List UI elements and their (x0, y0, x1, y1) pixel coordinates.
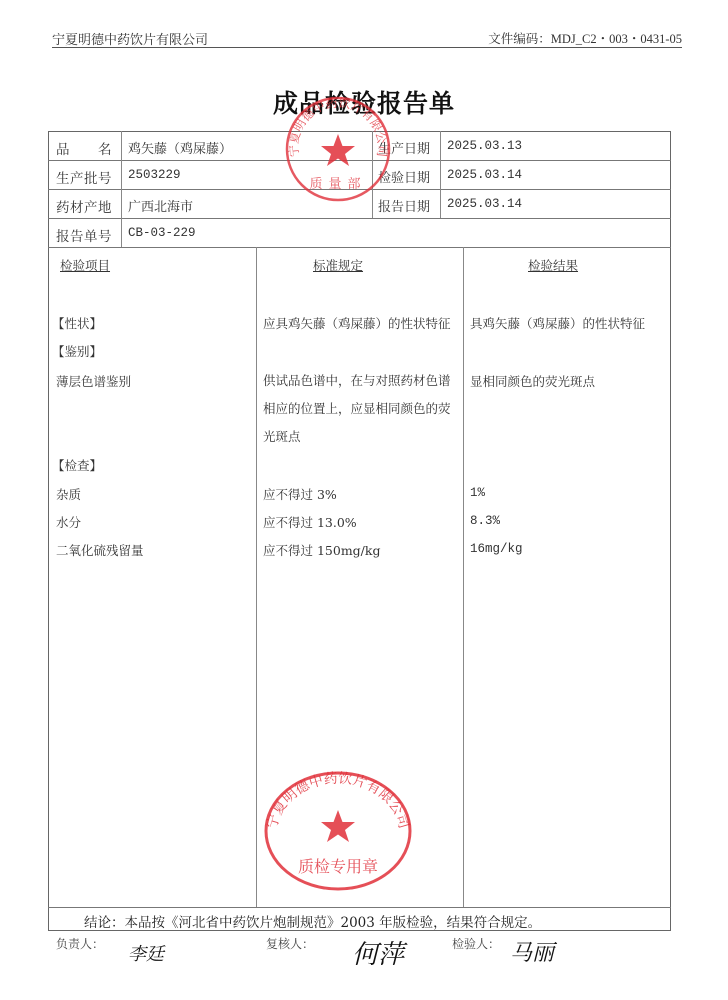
row-divider (48, 160, 671, 161)
report-date-label: 报告日期 (378, 196, 430, 215)
origin: 广西北海市 (128, 196, 193, 215)
col-header-item: 检验项目 (60, 256, 110, 274)
header-divider (52, 47, 682, 48)
responsible-label: 负责人： (56, 935, 104, 952)
reviewer-signature: 何萍 (352, 934, 404, 971)
batch-number: 2503229 (128, 168, 181, 182)
test-standard: 应不得过 13.0% (263, 513, 357, 531)
production-date: 2025.03.13 (447, 139, 522, 153)
responsible-signature: 李廷 (128, 940, 164, 966)
test-standard: 供试品色谱中，在与对照药材色谱相应的位置上，应显相同颜色的荧光斑点 (263, 367, 458, 451)
company-name: 宁夏明德中药饮片有限公司 (52, 29, 208, 48)
report-no-label: 报告单号 (56, 225, 118, 245)
test-item: 水分 (56, 513, 81, 531)
product-name: 鸡矢藤（鸡屎藤） (128, 138, 232, 157)
test-standard: 应具鸡矢藤（鸡屎藤）的性状特征 (263, 314, 451, 332)
report-table (48, 131, 671, 931)
col-divider (372, 131, 373, 218)
report-title: 成品检验报告单 (0, 84, 728, 120)
test-section: 【鉴别】 (52, 342, 102, 360)
col-header-standard: 标准规定 (313, 256, 363, 274)
test-item: 【性状】 (52, 314, 102, 332)
inspector-label: 检验人： (452, 935, 500, 952)
test-item: 二氧化硫残留量 (56, 541, 144, 559)
row-divider (48, 247, 671, 248)
product-name-label: 品 名 (56, 138, 118, 158)
test-item: 薄层色谱鉴别 (56, 372, 131, 390)
row-divider (48, 218, 671, 219)
report-number: CB-03-229 (128, 226, 196, 240)
origin-label: 药材产地 (56, 196, 118, 216)
col-divider (121, 131, 122, 247)
col-header-result: 检验结果 (528, 256, 578, 274)
report-date: 2025.03.14 (447, 197, 522, 211)
test-date: 2025.03.14 (447, 168, 522, 182)
inspector-signature: 马丽 (510, 936, 554, 967)
document-code: 文件编码：MDJ_C2・003・0431-05 (488, 29, 682, 47)
batch-label: 生产批号 (56, 167, 118, 187)
test-section: 【检查】 (52, 456, 102, 474)
test-result: 具鸡矢藤（鸡屎藤）的性状特征 (470, 314, 645, 332)
test-result: 16mg/kg (470, 542, 523, 556)
row-divider (48, 189, 671, 190)
test-result: 显相同颜色的荧光斑点 (470, 372, 595, 390)
col-divider (256, 247, 257, 907)
test-standard: 应不得过 3% (263, 485, 337, 503)
test-standard: 应不得过 150mg/kg (263, 541, 380, 559)
test-item: 杂质 (56, 485, 81, 503)
conclusion: 结论：本品按《河北省中药饮片炮制规范》2003 年版检验，结果符合规定。 (84, 911, 541, 931)
production-date-label: 生产日期 (378, 138, 430, 157)
test-result: 1% (470, 486, 485, 500)
row-divider (48, 907, 671, 908)
test-result: 8.3% (470, 514, 500, 528)
test-date-label: 检验日期 (378, 167, 430, 186)
reviewer-label: 复核人： (266, 935, 314, 952)
col-divider (440, 131, 441, 218)
col-divider (463, 247, 464, 907)
